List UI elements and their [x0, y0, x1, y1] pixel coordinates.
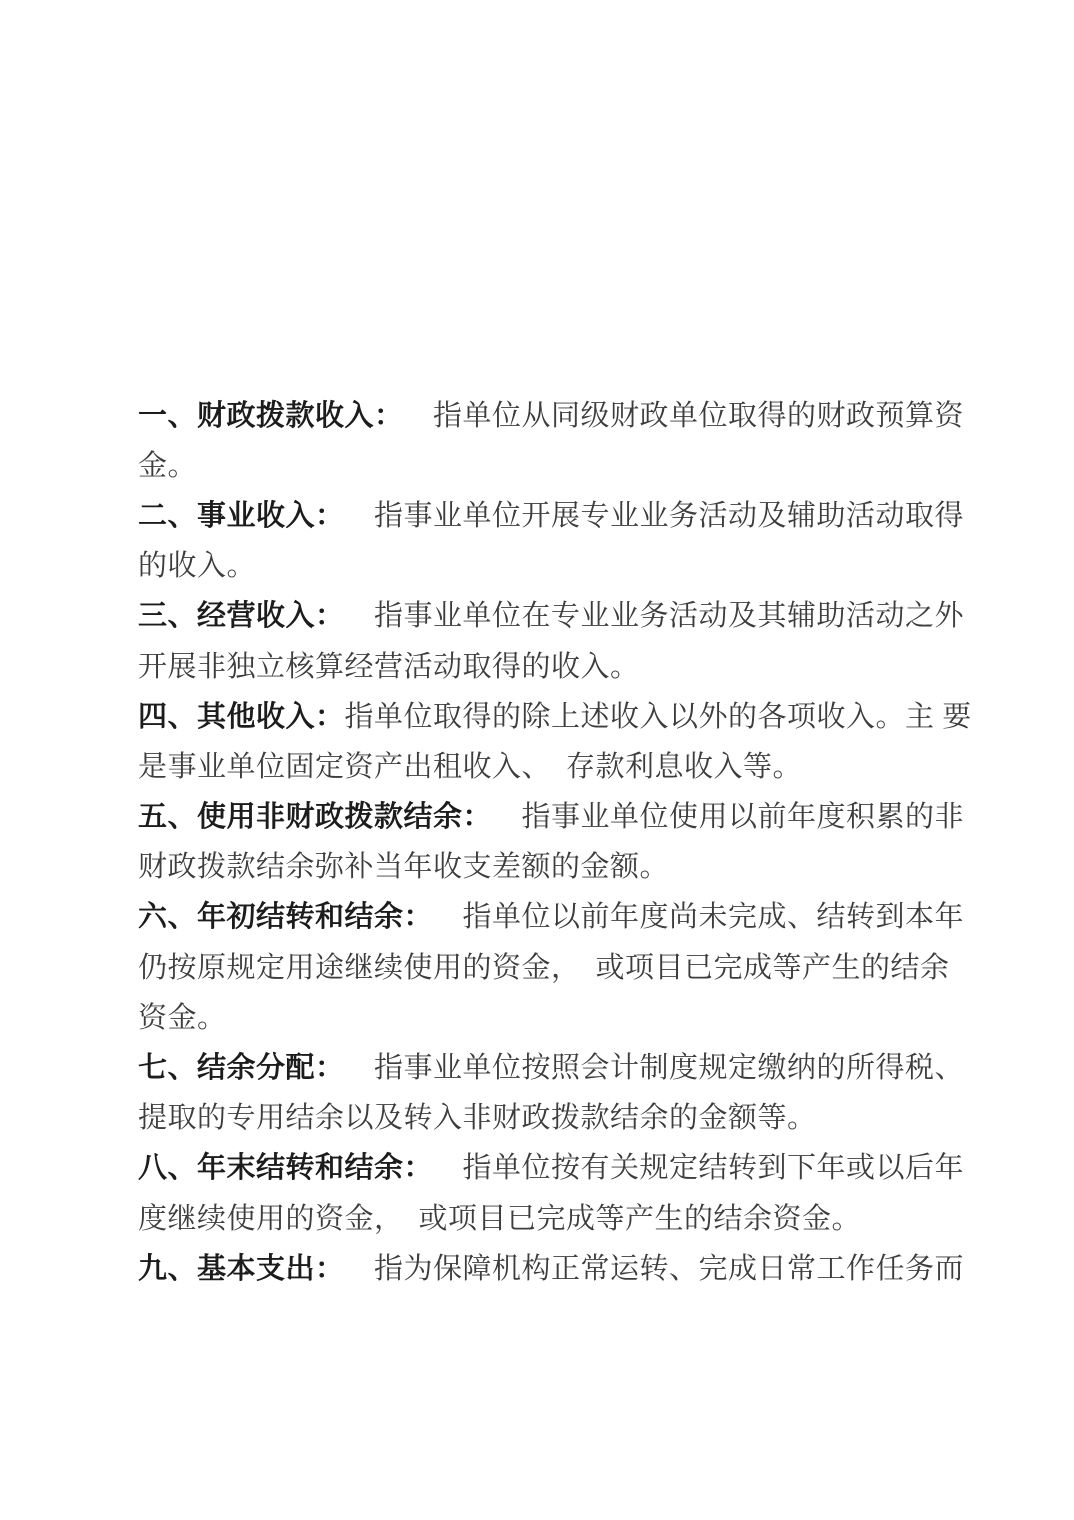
text-line: 财政拨款结余弥补当年收支差额的金额。 — [138, 840, 940, 890]
definition-text: 指单位从同级财政单位取得的财政预算资 — [404, 393, 965, 434]
definition-term: 七、结余分配： — [138, 1045, 345, 1086]
definition-text: 指事业单位按照会计制度规定缴纳的所得税、 — [345, 1045, 965, 1086]
definition-term: 九、基本支出： — [138, 1246, 345, 1287]
definition-item: 七、结余分配： 指事业单位按照会计制度规定缴纳的所得税、提取的专用结余以及转入非… — [138, 1040, 940, 1140]
definition-item: 三、经营收入： 指事业单位在专业业务活动及其辅助活动之外开展非独立核算经营活动取… — [138, 589, 940, 689]
definition-item: 一、财政拨款收入： 指单位从同级财政单位取得的财政预算资金。 — [138, 388, 940, 488]
definition-text: 指事业单位使用以前年度积累的非 — [492, 794, 964, 835]
text-line: 五、使用非财政拨款结余： 指事业单位使用以前年度积累的非 — [138, 790, 940, 840]
definition-item: 六、年初结转和结余： 指单位以前年度尚未完成、结转到本年仍按原规定用途继续使用的… — [138, 890, 940, 1041]
definition-text: 指事业单位在专业业务活动及其辅助活动之外 — [345, 593, 965, 634]
text-line: 仍按原规定用途继续使用的资金， 或项目已完成等产生的结余 — [138, 940, 940, 990]
definition-term: 一、财政拨款收入： — [138, 393, 404, 434]
text-line: 资金。 — [138, 990, 940, 1040]
definition-term: 三、经营收入： — [138, 593, 345, 634]
text-line: 的收入。 — [138, 539, 940, 589]
definition-term: 五、使用非财政拨款结余： — [138, 794, 492, 835]
text-line: 三、经营收入： 指事业单位在专业业务活动及其辅助活动之外 — [138, 589, 940, 639]
text-line: 七、结余分配： 指事业单位按照会计制度规定缴纳的所得税、 — [138, 1040, 940, 1090]
definition-text: 资金。 — [138, 995, 227, 1036]
definition-text: 指为保障机构正常运转、完成日常工作任务而 — [345, 1246, 965, 1287]
definition-text: 金。 — [138, 443, 197, 484]
text-line: 度继续使用的资金， 或项目已完成等产生的结余资金。 — [138, 1191, 940, 1241]
text-line: 提取的专用结余以及转入非财政拨款结余的金额等。 — [138, 1091, 940, 1141]
definition-term: 二、事业收入： — [138, 493, 345, 534]
definitions-text-block: 一、财政拨款收入： 指单位从同级财政单位取得的财政预算资金。二、事业收入： 指事… — [138, 388, 940, 1291]
text-line: 开展非独立核算经营活动取得的收入。 — [138, 639, 940, 689]
definition-text: 开展非独立核算经营活动取得的收入。 — [138, 644, 640, 685]
text-line: 四、其他收入：指单位取得的除上述收入以外的各项收入。主 要 — [138, 689, 940, 739]
definition-item: 二、事业收入： 指事业单位开展专业业务活动及辅助活动取得的收入。 — [138, 488, 940, 588]
text-line: 一、财政拨款收入： 指单位从同级财政单位取得的财政预算资 — [138, 388, 940, 438]
definition-text: 仍按原规定用途继续使用的资金， 或项目已完成等产生的结余 — [138, 945, 950, 986]
definition-text: 是事业单位固定资产出租收入、 存款利息收入等。 — [138, 744, 802, 785]
definition-item: 四、其他收入：指单位取得的除上述收入以外的各项收入。主 要是事业单位固定资产出租… — [138, 689, 940, 789]
definition-item: 八、年末结转和结余： 指单位按有关规定结转到下年或以后年度继续使用的资金， 或项… — [138, 1141, 940, 1241]
definition-text: 提取的专用结余以及转入非财政拨款结余的金额等。 — [138, 1095, 817, 1136]
definition-text: 度继续使用的资金， 或项目已完成等产生的结余资金。 — [138, 1196, 861, 1237]
text-line: 二、事业收入： 指事业单位开展专业业务活动及辅助活动取得 — [138, 488, 940, 538]
definition-text: 财政拨款结余弥补当年收支差额的金额。 — [138, 844, 669, 885]
text-line: 九、基本支出： 指为保障机构正常运转、完成日常工作任务而 — [138, 1241, 940, 1291]
definition-term: 六、年初结转和结余： — [138, 894, 433, 935]
definition-text: 指单位取得的除上述收入以外的各项收入。主 要 — [345, 694, 972, 735]
definition-item: 五、使用非财政拨款结余： 指事业单位使用以前年度积累的非财政拨款结余弥补当年收支… — [138, 790, 940, 890]
definition-term: 四、其他收入： — [138, 694, 345, 735]
definition-text: 指事业单位开展专业业务活动及辅助活动取得 — [345, 493, 965, 534]
text-line: 是事业单位固定资产出租收入、 存款利息收入等。 — [138, 739, 940, 789]
definition-item: 九、基本支出： 指为保障机构正常运转、完成日常工作任务而 — [138, 1241, 940, 1291]
text-line: 六、年初结转和结余： 指单位以前年度尚未完成、结转到本年 — [138, 890, 940, 940]
definition-term: 八、年末结转和结余： — [138, 1145, 433, 1186]
definition-text: 的收入。 — [138, 543, 256, 584]
text-line: 金。 — [138, 438, 940, 488]
document-page: 一、财政拨款收入： 指单位从同级财政单位取得的财政预算资金。二、事业收入： 指事… — [0, 0, 1074, 1520]
definition-text: 指单位以前年度尚未完成、结转到本年 — [433, 894, 964, 935]
text-line: 八、年末结转和结余： 指单位按有关规定结转到下年或以后年 — [138, 1141, 940, 1191]
definition-text: 指单位按有关规定结转到下年或以后年 — [433, 1145, 964, 1186]
